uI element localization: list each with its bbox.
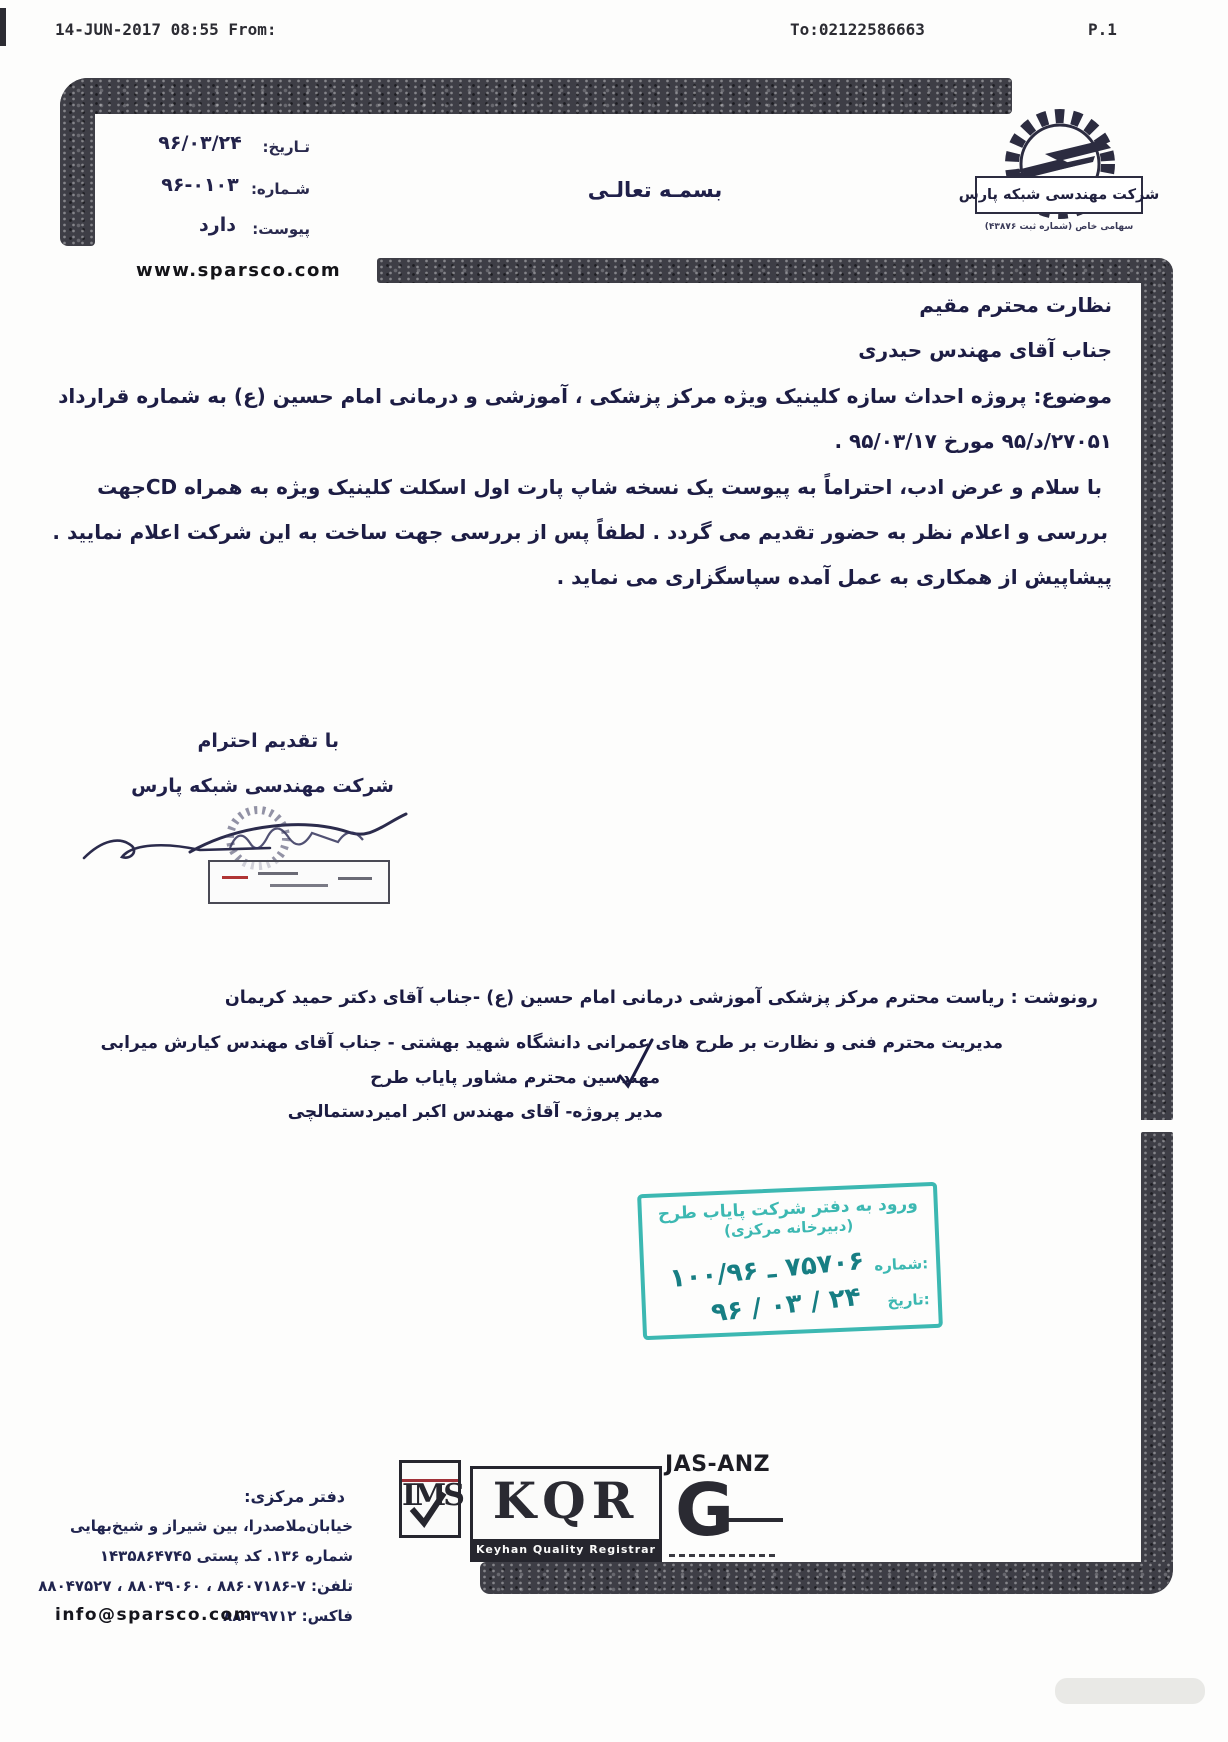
- footer-address-line2: شماره ۱۳۶. کد پستی ۱۴۳۵۸۶۴۷۴۵: [100, 1547, 353, 1565]
- kqr-logo-text: KQR: [473, 1469, 659, 1533]
- entry-stamp: ورود به دفتر شرکت پایاب طرح (دبیرخانه مر…: [637, 1182, 943, 1340]
- jas-anz-logo: JAS-ANZ G: [665, 1452, 795, 1572]
- jas-anz-g-mark: G: [675, 1474, 734, 1546]
- body-recipient-line1: نظارت محترم مقیم: [919, 292, 1112, 318]
- kqr-logo: KQR Keyhan Quality Registrar: [470, 1466, 662, 1562]
- letterhead-date-label: تـاريخ:: [263, 138, 310, 156]
- kqr-caption-band: Keyhan Quality Registrar: [473, 1539, 659, 1559]
- letterhead-date-value: ۹۶/۰۳/۲۴: [135, 132, 265, 154]
- cc-line1: رونوشت : ریاست محترم مرکز پزشکی آموزشی د…: [225, 988, 1098, 1008]
- entry-stamp-date-label: تاریخ:: [887, 1290, 930, 1310]
- footer-email: info@sparsco.com: [55, 1605, 253, 1625]
- frame-bottom-bar: [480, 1562, 1173, 1594]
- body-paragraph-line1: با سلام و عرض ادب، احتراماً به پیوست یک …: [97, 474, 1102, 500]
- frame-right-bar-upper: [1141, 258, 1173, 1120]
- body-subject-line1: موضوع: پروژه احداث سازه کلینیک ویژه مرکز…: [58, 383, 1112, 409]
- fax-header-page-number: P.1: [1088, 20, 1117, 39]
- entry-stamp-date-value: ۹۶ / ۰۳ / ۲۴: [710, 1282, 863, 1329]
- gear-lightning-icon: [975, 96, 1145, 241]
- letterhead-attachment-value: دارد: [170, 214, 265, 236]
- kqr-caption-text: Keyhan Quality Registrar: [476, 1543, 656, 1556]
- frame-left-corner-bar: [60, 78, 95, 246]
- stamp-smudge-3: [338, 877, 372, 880]
- scanned-letter-page: 14-JUN-2017 08:55 From: To:02122586663 P…: [0, 0, 1228, 1742]
- bismillah-heading: بسمـه تعالـی: [580, 178, 730, 202]
- cc-line2: مدیریت محترم فنی و نظارت بر طرح های عمرا…: [101, 1033, 1003, 1053]
- frame-top-bar: [60, 78, 1012, 114]
- scan-edge-artifact: [0, 8, 6, 46]
- company-name-box: شرکت مهندسی شبکه پارس: [975, 176, 1143, 214]
- scan-smudge: [1055, 1678, 1205, 1704]
- footer-address-line1: خیابان‌ملاصدرا، بین شیراز و شیخ‌بهایی: [70, 1517, 353, 1535]
- entry-stamp-number-label: شماره:: [874, 1254, 929, 1274]
- footer-phone-line: تلفن: ۷-۸۸۶۰۷۱۸۶ ، ۸۸۰۳۹۰۶۰ ، ۸۸۰۴۷۵۲۷: [38, 1577, 353, 1595]
- jas-anz-g-bar: [727, 1518, 783, 1522]
- footer-office-label: دفتر مرکزی:: [244, 1487, 345, 1506]
- ims-logo: IMS: [399, 1460, 461, 1538]
- body-paragraph-line2: بررسی و اعلام نظر به حضور تقدیم می گردد …: [52, 519, 1108, 545]
- stamp-smudge-2: [270, 884, 328, 887]
- jas-anz-dashes: [669, 1554, 779, 1557]
- signature-closing-line: با تقدیم احترام: [207, 730, 339, 752]
- body-recipient-line2: جناب آقای مهندس حیدری: [858, 337, 1112, 363]
- fax-header-timestamp: 14-JUN-2017 08:55 From:: [55, 20, 277, 39]
- body-subject-line2: ۲۷۰۵۱/د/۹۵ مورخ ۹۵/۰۳/۱۷ .: [834, 428, 1112, 454]
- company-logo: شرکت مهندسی شبکه پارس سهامی خاص (شماره ث…: [975, 96, 1145, 241]
- handwritten-checkmark: [612, 1036, 656, 1092]
- cc-line4: مدیر پروژه- آقای مهندس اکبر امیردستمالچی: [288, 1102, 663, 1122]
- ims-check-icon: [408, 1489, 448, 1529]
- signature-company-line: شرکت مهندسی شبکه پارس: [152, 775, 394, 797]
- company-caption-text: سهامی خاص (شماره ثبت ۴۳۸۷۶): [983, 222, 1135, 232]
- body-paragraph-line3: پیشاپیش از همکاری به عمل آمده سپاسگزاری …: [557, 564, 1112, 590]
- stamp-smudge-1: [258, 872, 298, 875]
- stamp-red-mark: [222, 876, 248, 879]
- company-name-text: شرکت مهندسی شبکه پارس: [959, 187, 1160, 203]
- ims-red-line: [402, 1479, 458, 1482]
- website-text: www.sparsco.com: [136, 260, 341, 281]
- frame-right-bar-lower: [1141, 1132, 1173, 1594]
- letterhead-number-value: ۹۶-۰۱۰۳: [135, 174, 265, 196]
- signature-stamp-box: [208, 860, 390, 904]
- frame-inner-top-bar: [377, 258, 1173, 283]
- fax-header-recipient: To:02122586663: [790, 20, 925, 39]
